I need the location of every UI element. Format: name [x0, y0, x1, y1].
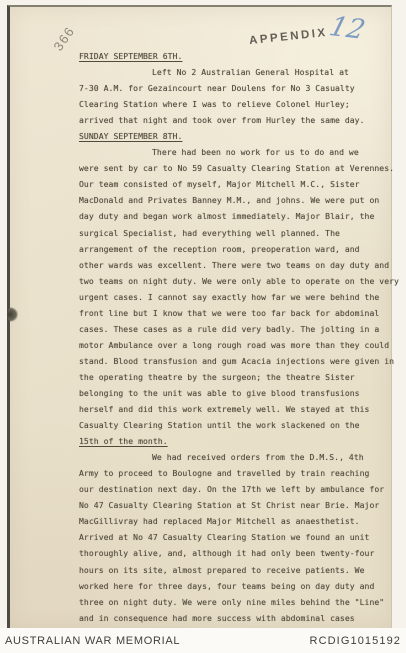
- footer-catalog-id: RCDIG1015192: [310, 635, 401, 647]
- typed-line: other wards was excellent. There were tw…: [79, 257, 405, 273]
- typed-line: our destination next day. On the 17th we…: [79, 481, 405, 497]
- appendix-number-handwritten: 12: [326, 11, 368, 45]
- typed-line: There had been no work for us to do and …: [79, 144, 405, 160]
- typed-line: Our team consisted of myself, Major Mitc…: [79, 176, 405, 192]
- typed-line: MacGillivray had replaced Major Mitchell…: [79, 513, 405, 529]
- typed-line: herself and did this work extremely well…: [79, 401, 405, 417]
- typed-line: surgical Specialist, had everything well…: [79, 225, 405, 241]
- typed-line: 15th of the month.: [79, 433, 405, 449]
- typed-line: the operating theatre by the surgeon; th…: [79, 369, 405, 385]
- typed-line: front line but I know that we were too f…: [79, 305, 405, 321]
- date-heading: FRIDAY SEPTEMBER 6TH.: [79, 48, 405, 64]
- typed-line: thoroughly alive, and, although it had o…: [79, 545, 405, 561]
- handwritten-page-number: 366: [50, 23, 77, 53]
- typed-line: three on night duty. We were only nine m…: [79, 594, 405, 610]
- typed-line: 7-30 A.M. for Gezaincourt near Doulens f…: [79, 80, 405, 96]
- typed-line: MacDonald and Privates Banney M.M., and …: [79, 192, 405, 208]
- typed-line: Clearing Station where I was to relieve …: [79, 96, 405, 112]
- typed-line: Army to proceed to Boulogne and travelle…: [79, 465, 405, 481]
- typed-line: stand. Blood transfusion and gum Acacia …: [79, 353, 405, 369]
- typed-line: Arrived at No 47 Casualty Clearing Stati…: [79, 529, 405, 545]
- typed-line: two teams on night duty. We were only ab…: [79, 273, 405, 289]
- typed-line: We had received orders from the D.M.S., …: [79, 449, 405, 465]
- typed-line: Left No 2 Australian General Hospital at: [79, 64, 405, 80]
- appendix-stamp: APPENDIX: [249, 27, 329, 47]
- date-heading: SUNDAY SEPTEMBER 8TH.: [79, 128, 405, 144]
- typed-line: arrangement of the reception room, preop…: [79, 241, 405, 257]
- typed-line: hours on its site, almost prepared to re…: [79, 562, 405, 578]
- paper-edge-notch: [7, 307, 18, 322]
- typed-line: were sent by car to No 59 Casualty Clear…: [79, 160, 405, 176]
- typed-line: belonging to the unit was able to give b…: [79, 385, 405, 401]
- typed-line: cases. These cases as a rule did very ba…: [79, 321, 405, 337]
- typed-line: Casualty Clearing Station until the work…: [79, 417, 405, 433]
- typed-text-body: FRIDAY SEPTEMBER 6TH.Left No 2 Australia…: [79, 48, 405, 626]
- scanned-document-page: 366 APPENDIX 12 FRIDAY SEPTEMBER 6TH.Lef…: [0, 0, 406, 653]
- typed-line: No 47 Casualty Clearing Station at St Ch…: [79, 497, 405, 513]
- typed-line: worked here for three days, four teams b…: [79, 578, 405, 594]
- typed-line: and in consequence had more success with…: [79, 610, 405, 626]
- typed-line: motor Ambulance over a long rough road w…: [79, 337, 405, 353]
- catalog-footer: AUSTRALIAN WAR MEMORIAL RCDIG1015192: [0, 628, 406, 653]
- footer-institution-label: AUSTRALIAN WAR MEMORIAL: [5, 635, 180, 647]
- paper-sheet: 366 APPENDIX 12 FRIDAY SEPTEMBER 6TH.Lef…: [7, 5, 392, 628]
- typed-line: urgent cases. I cannot say exactly how f…: [79, 289, 405, 305]
- typed-line: day duty and began work almost immediate…: [79, 208, 405, 224]
- typed-line: arrived that night and took over from Hu…: [79, 112, 405, 128]
